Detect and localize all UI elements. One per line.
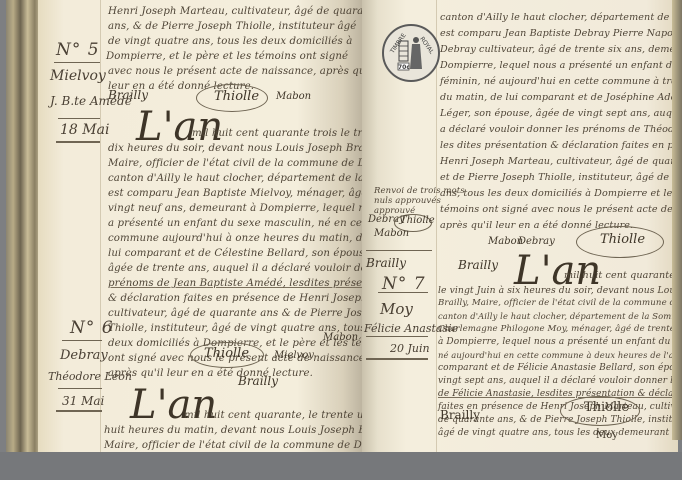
text-line: et de Pierre Joseph Thiolle, instituteur… xyxy=(440,172,678,183)
text-line: mil huit cent quarante, le trente un mai xyxy=(184,410,362,421)
text-line: Maire, officier de l'état civil de la co… xyxy=(108,158,362,169)
stamp-value: 70c xyxy=(398,64,410,71)
signature-thiolle: Thiolle xyxy=(600,232,645,247)
text-line: est comparu Jean Baptiste Mielvoy, ménag… xyxy=(108,188,362,199)
text-line: les dites présentation & déclaration fai… xyxy=(440,140,678,151)
text-line: témoins ont signé avec nous le présent a… xyxy=(440,204,678,215)
text-line: commune aujourd'hui à onze heures du mat… xyxy=(108,233,362,244)
signature-brailly: Brailly xyxy=(458,258,498,272)
text-line: mil huit cent quarante xyxy=(564,270,675,281)
entry-surname: Debray xyxy=(60,348,108,363)
background xyxy=(0,452,682,480)
text-line: Henri Joseph Marteau, cultivateur, âgé d… xyxy=(108,6,362,17)
text-line: de vingt quatre ans, tous les deux domic… xyxy=(108,36,352,47)
signature-thiolle: Thiolle xyxy=(214,89,259,104)
text-line: Charlemagne Philogone Moy, ménager, âgé … xyxy=(438,324,678,334)
left-page: Henri Joseph Marteau, cultivateur, âgé d… xyxy=(38,0,362,452)
text-line: du matin, de lui comparant et de Joséphi… xyxy=(440,92,678,103)
text-line: Dompierre, lequel nous a présenté un enf… xyxy=(440,60,678,71)
entry-given-name: J. B.te Amédé xyxy=(50,94,132,108)
text-line: âgé de vingt quatre ans, tous les deux d… xyxy=(438,428,678,438)
signature-moy: Moy xyxy=(596,430,618,441)
text-line: âgée de trente ans, auquel il a déclaré … xyxy=(108,263,362,274)
text-line: canton d'Ailly le haut clocher, départem… xyxy=(438,311,678,321)
text-line: est comparu Jean Baptiste Debray Pierre … xyxy=(440,28,678,39)
divider xyxy=(58,388,102,389)
entry-surname: Mielvoy xyxy=(50,68,106,84)
divider xyxy=(366,358,428,360)
divider xyxy=(56,410,102,412)
entry-date: 31 Mai xyxy=(62,394,104,408)
text-line: de Félicie Anastasie, lesdites présentat… xyxy=(438,389,678,399)
approval-note: nuls approuvés xyxy=(374,196,441,206)
text-line: cultivateur, âgé de quarante ans & de Pi… xyxy=(108,308,362,319)
text-line: dix heures du soir, devant nous Louis Jo… xyxy=(108,143,362,154)
divider xyxy=(366,250,432,251)
text-line: ans, tous les deux domiciliés à Dompierr… xyxy=(440,188,678,199)
entry-surname: Moy xyxy=(380,300,413,318)
entry-date: 20 Juin xyxy=(390,342,430,355)
text-line: a déclaré vouloir donner les prénoms de … xyxy=(440,124,678,135)
book-edge-right xyxy=(672,0,682,440)
signature-debray: Debray xyxy=(518,236,555,247)
text-line: lui comparant et de Célestine Bellard, s… xyxy=(108,248,362,259)
text-line: Dompierre, et le père et les témoins ont… xyxy=(106,51,348,62)
text-line: né aujourd'hui en cette commune à deux h… xyxy=(438,350,678,360)
signature-brailly: Brailly xyxy=(440,408,480,422)
margin-rule xyxy=(436,0,437,452)
entry-given-name: Théodore Léon xyxy=(48,370,132,383)
divider xyxy=(56,141,100,143)
text-line: ans, & de Pierre Joseph Thiolle, institu… xyxy=(108,21,356,32)
text-line: à Dompierre, lequel nous a présenté un e… xyxy=(438,337,678,347)
text-line: Debray cultivateur, âgé de trente six an… xyxy=(440,44,678,55)
divider xyxy=(366,336,428,337)
text-line: Léger, son épouse, âgée de vingt sept an… xyxy=(440,108,678,119)
signature-mabon: Mabon xyxy=(374,228,409,239)
text-line: Henri Joseph Marteau, cultivateur, âgé d… xyxy=(440,156,678,167)
signature-brailly: Brailly xyxy=(238,374,278,388)
drop-cap: L'an xyxy=(130,382,217,428)
signature-thiolle: Thiolle xyxy=(584,400,629,415)
book-edge-left xyxy=(6,0,42,460)
text-line: canton d'Ailly le haut clocher, départem… xyxy=(108,173,362,184)
divider xyxy=(54,62,100,63)
text-line: après qu'il leur en a été donné lecture. xyxy=(108,368,313,379)
signature-mielvoy: Mielvoy xyxy=(274,350,314,361)
text-line: comparant et de Félicie Anastasie Bellar… xyxy=(438,363,678,373)
text-line: féminin, né aujourd'hui en cette commune… xyxy=(440,76,678,87)
signature-mabon: Mabon xyxy=(323,332,358,343)
text-line: Maire, officier de l'état civil de la co… xyxy=(104,440,362,451)
divider xyxy=(58,118,100,119)
text-line: avec nous le présent acte de naissance, … xyxy=(108,66,362,77)
signature-mabon: Mabon xyxy=(276,91,311,102)
text-line: vingt sept ans, auquel il a déclaré voul… xyxy=(438,376,678,386)
signature-thiolle: Thiolle xyxy=(400,215,435,226)
text-line: huit heures du matin, devant nous Louis … xyxy=(104,425,362,436)
entry-date: 18 Mai xyxy=(60,122,109,138)
entry-number: N° 5 xyxy=(56,40,100,60)
text-line: canton d'Ailly le haut clocher, départem… xyxy=(440,12,678,23)
entry-number: N° 7 xyxy=(382,274,426,294)
divider xyxy=(378,292,428,293)
text-line: prénoms de Jean Baptiste Amédé, lesdites… xyxy=(108,278,362,289)
signature-thiolle: Thiolle xyxy=(204,346,249,361)
text-line: a présenté un enfant du sexe masculin, n… xyxy=(108,218,362,229)
divider xyxy=(62,340,102,341)
text-line: & déclaration faites en présence de Henr… xyxy=(108,293,362,304)
open-register-book: Henri Joseph Marteau, cultivateur, âgé d… xyxy=(0,0,682,452)
royal-stamp: TIMBRE ROYAL 70c xyxy=(382,24,440,82)
entry-number: N° 6 xyxy=(70,318,114,338)
text-line: vingt neuf ans, demeurant à Dompierre, l… xyxy=(108,203,362,214)
text-line: le vingt Juin à six heures du soir, deva… xyxy=(438,285,678,296)
text-line: mil huit cent quarante trois le treize M… xyxy=(192,128,362,139)
signature-brailly: Brailly xyxy=(366,256,406,270)
text-line: Brailly, Maire, officier de l'état civil… xyxy=(438,298,678,308)
